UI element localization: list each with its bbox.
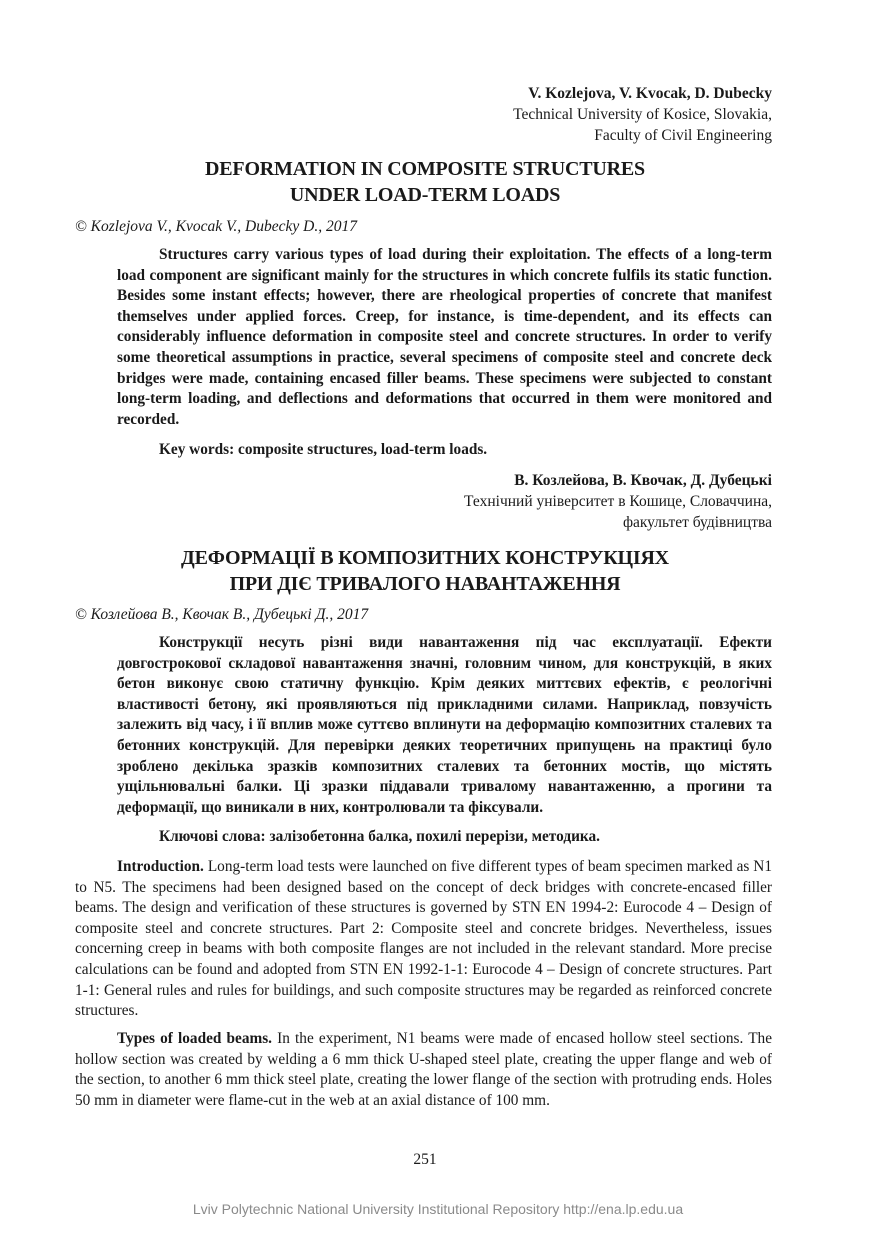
ukrainian-keywords: Ключові слова: залізобетонна балка, похи… [159, 827, 600, 847]
english-authors: V. Kozlejova, V. Kvocak, D. Dubecky [513, 83, 772, 104]
english-abstract: Structures carry various types of load d… [117, 245, 772, 430]
ukrainian-title-line2: ПРИ ДІЄ ТРИВАЛОГО НАВАНТАЖЕННЯ [0, 571, 850, 597]
repository-footer: Lviv Polytechnic National University Ins… [0, 1201, 876, 1217]
english-keywords: Key words: composite structures, load-te… [159, 440, 487, 460]
types-of-beams-heading: Types of loaded beams. [117, 1030, 272, 1047]
english-copyright: © Kozlejova V., Kvocak V., Dubecky D., 2… [75, 217, 357, 237]
ukrainian-abstract-text: Конструкції несуть різні види навантажен… [117, 634, 772, 816]
introduction-heading: Introduction. [117, 858, 204, 875]
english-title: DEFORMATION IN COMPOSITE STRUCTURES UNDE… [0, 156, 850, 208]
paper-page: V. Kozlejova, V. Kvocak, D. Dubecky Tech… [0, 0, 876, 1240]
introduction-paragraph: Introduction. Long-term load tests were … [75, 857, 772, 1022]
ukrainian-authors-block: В. Козлейова, В. Квочак, Д. Дубецькі Тех… [464, 470, 772, 533]
ukrainian-affiliation-line1: Технічний університет в Кошице, Словаччи… [464, 491, 772, 512]
english-title-line1: DEFORMATION IN COMPOSITE STRUCTURES [0, 156, 850, 182]
english-abstract-text: Structures carry various types of load d… [117, 246, 772, 428]
ukrainian-copyright: © Козлейова В., Квочак В., Дубецькі Д., … [75, 605, 368, 625]
page-number: 251 [0, 1151, 850, 1169]
ukrainian-title: ДЕФОРМАЦІЇ В КОМПОЗИТНИХ КОНСТРУКЦІЯХ ПР… [0, 545, 850, 597]
ukrainian-affiliation-line2: факультет будівництва [464, 512, 772, 533]
introduction-text: Long-term load tests were launched on fi… [75, 858, 772, 1019]
types-of-beams-paragraph: Types of loaded beams. In the experiment… [75, 1029, 772, 1111]
ukrainian-authors: В. Козлейова, В. Квочак, Д. Дубецькі [464, 470, 772, 491]
english-affiliation-line2: Faculty of Civil Engineering [513, 125, 772, 146]
english-authors-block: V. Kozlejova, V. Kvocak, D. Dubecky Tech… [513, 83, 772, 146]
english-affiliation-line1: Technical University of Kosice, Slovakia… [513, 104, 772, 125]
ukrainian-abstract: Конструкції несуть різні види навантажен… [117, 633, 772, 818]
english-title-line2: UNDER LOAD-TERM LOADS [0, 182, 850, 208]
ukrainian-title-line1: ДЕФОРМАЦІЇ В КОМПОЗИТНИХ КОНСТРУКЦІЯХ [0, 545, 850, 571]
